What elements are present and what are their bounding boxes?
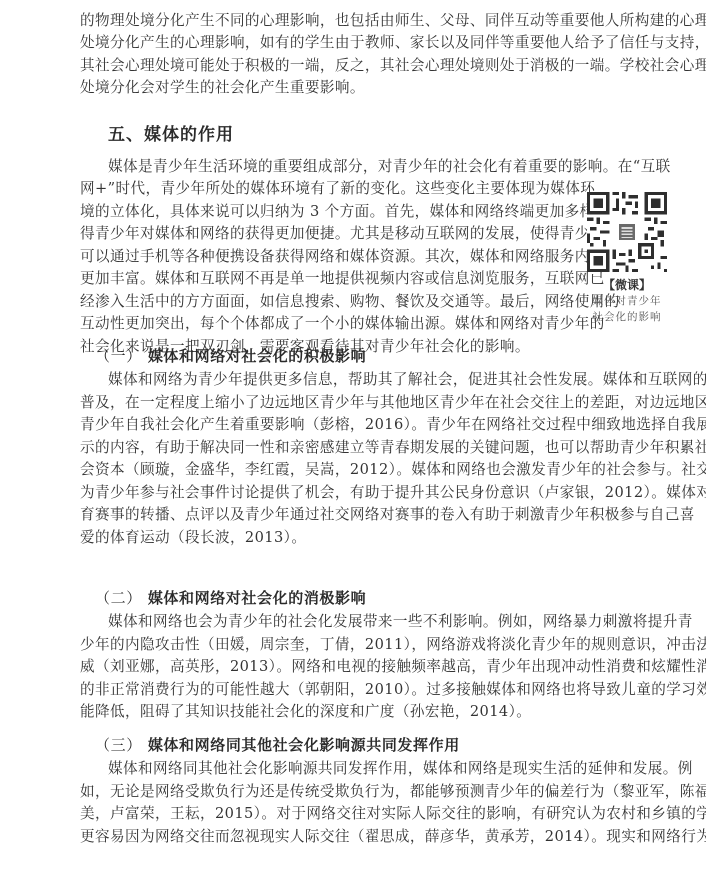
text-line: 少年的内隐攻击性（田媛，周宗奎，丁倩，2011），网络游戏将淡化青少年的规则意识…: [80, 635, 706, 655]
section-title: 五、媒体的作用: [108, 120, 234, 145]
text-line: 美，卢富荣，王耘，2015）。对于网络交往对实际人际交往的影响，有研究认为农村和…: [80, 804, 706, 824]
document-page: 的物理处境分化产生不同的心理影响，也包括由师生、父母、同伴互动等重要他人所构建的…: [0, 0, 706, 879]
text-line: 的非正常消费行为的可能性越大（郭朝阳，2010）。过多接触媒体和网络也将导致儿童…: [80, 680, 706, 700]
text-line: 媒体是青少年生活环境的重要组成部分，对青少年的社会化有着重要的影响。在“互联: [108, 157, 671, 177]
text-line: 为青少年参与社会事件讨论提供了机会，有助于提升其公民身份意识（卢家银，2012）…: [80, 483, 706, 503]
text-line: 更容易因为网络交往而忽视现实人际交往（翟思成，薛彦华，黄承芳，2014）。现实和…: [80, 827, 706, 847]
text-line: 爱的体育运动（段长波，2013）。: [80, 528, 306, 548]
subsection-number: （一）: [95, 347, 142, 365]
micro-lecture-qr-card[interactable]: 【微课】 媒体对青少年 社会化的影响: [584, 192, 670, 325]
text-line: 如，无论是网络受欺负行为还是传统受欺负行为，都能够预测青少年的偏差行为（黎亚军，…: [80, 782, 706, 802]
subsection-number: （三）: [95, 736, 142, 754]
text-line: 普及，在一定程度上缩小了边远地区青少年与其他地区青少年在社会交往上的差距，对边远…: [80, 393, 706, 413]
subsection-title: 媒体和网络对社会化的积极影响: [148, 347, 366, 365]
micro-lecture-tag: 【微课】: [584, 276, 670, 293]
subsection-title: 媒体和网络同其他社会化影响源共同发挥作用: [148, 736, 460, 754]
subsection-title: 媒体和网络对社会化的消极影响: [148, 589, 366, 607]
text-line: 威（刘亚娜，高英彤，2013）。网络和电视的接触频率越高，青少年出现冲动性消费和…: [80, 657, 706, 677]
subsection-heading: （二）媒体和网络对社会化的消极影响: [95, 588, 366, 608]
subsection-heading: （一）媒体和网络对社会化的积极影响: [95, 346, 366, 366]
qr-caption-line: 社会化的影响: [584, 309, 670, 325]
text-line: 可以通过手机等各种便携设备获得网络和媒体资源。其次，媒体和网络服务内容: [80, 247, 605, 267]
text-line: 育赛事的转播、点评以及青少年通过社交网络对赛事的卷入有助于刺激青少年积极参与自己…: [80, 505, 695, 525]
text-line: 青少年自我社会化产生着重要影响（彭榕，2016）。青少年在网络社交过程中细致地选…: [80, 415, 706, 435]
text-line: 示的内容，有助于解决同一性和亲密感建立等青春期发展的关键问题，也可以帮助青少年积…: [80, 438, 706, 458]
text-line: 处境分化产生的心理影响，如有的学生由于教师、家长以及同伴等重要他人给予了信任与支…: [80, 33, 706, 53]
text-line: 能降低，阻碍了其知识技能社会化的深度和广度（孙宏艳，2014）。: [80, 702, 531, 722]
qr-code-icon[interactable]: [587, 192, 667, 272]
qr-caption-line: 媒体对青少年: [584, 293, 670, 309]
text-line: 媒体和网络也会为青少年的社会化发展带来一些不利影响。例如，网络暴力刺激将提升青: [108, 612, 693, 632]
text-line: 更加丰富。媒体和互联网不再是单一地提供视频内容或信息浏览服务，互联网已: [80, 269, 605, 289]
text-line: 的物理处境分化产生不同的心理影响，也包括由师生、父母、同伴互动等重要他人所构建的…: [80, 11, 706, 31]
text-line: 媒体和网络同其他社会化影响源共同发挥作用，媒体和网络是现实生活的延伸和发展。例: [108, 759, 693, 779]
text-line: 境的立体化，具体来说可以归纳为 3 个方面。首先，媒体和网络终端更加多样，使: [80, 202, 625, 222]
text-line: 媒体和网络为青少年提供更多信息，帮助其了解社会，促进其社会性发展。媒体和互联网的: [108, 370, 706, 390]
text-line: 处境分化会对学生的社会化产生重要影响。: [80, 78, 365, 98]
text-line: 其社会心理处境可能处于积极的一端，反之，其社会心理处境则处于消极的一端。学校社会…: [80, 56, 706, 76]
text-line: 互动性更加突出，每个个体都成了一个小的媒体输出源。媒体和网络对青少年的: [80, 314, 605, 334]
text-line: 经渗入生活中的方方面面，如信息搜索、购物、餐饮及交通等。最后，网络使用的: [80, 292, 620, 312]
subsection-heading: （三）媒体和网络同其他社会化影响源共同发挥作用: [95, 735, 460, 755]
text-line: 会资本（顾璇，金盛华，李红霞，吴嵩，2012）。媒体和网络也会激发青少年的社会参…: [80, 460, 706, 480]
subsection-number: （二）: [95, 589, 142, 607]
text-line: 得青少年对媒体和网络的获得更加便捷。尤其是移动互联网的发展，使得青少年: [80, 224, 605, 244]
text-line: 网+”时代，青少年所处的媒体环境有了新的变化。这些变化主要体现为媒体环: [80, 179, 595, 199]
